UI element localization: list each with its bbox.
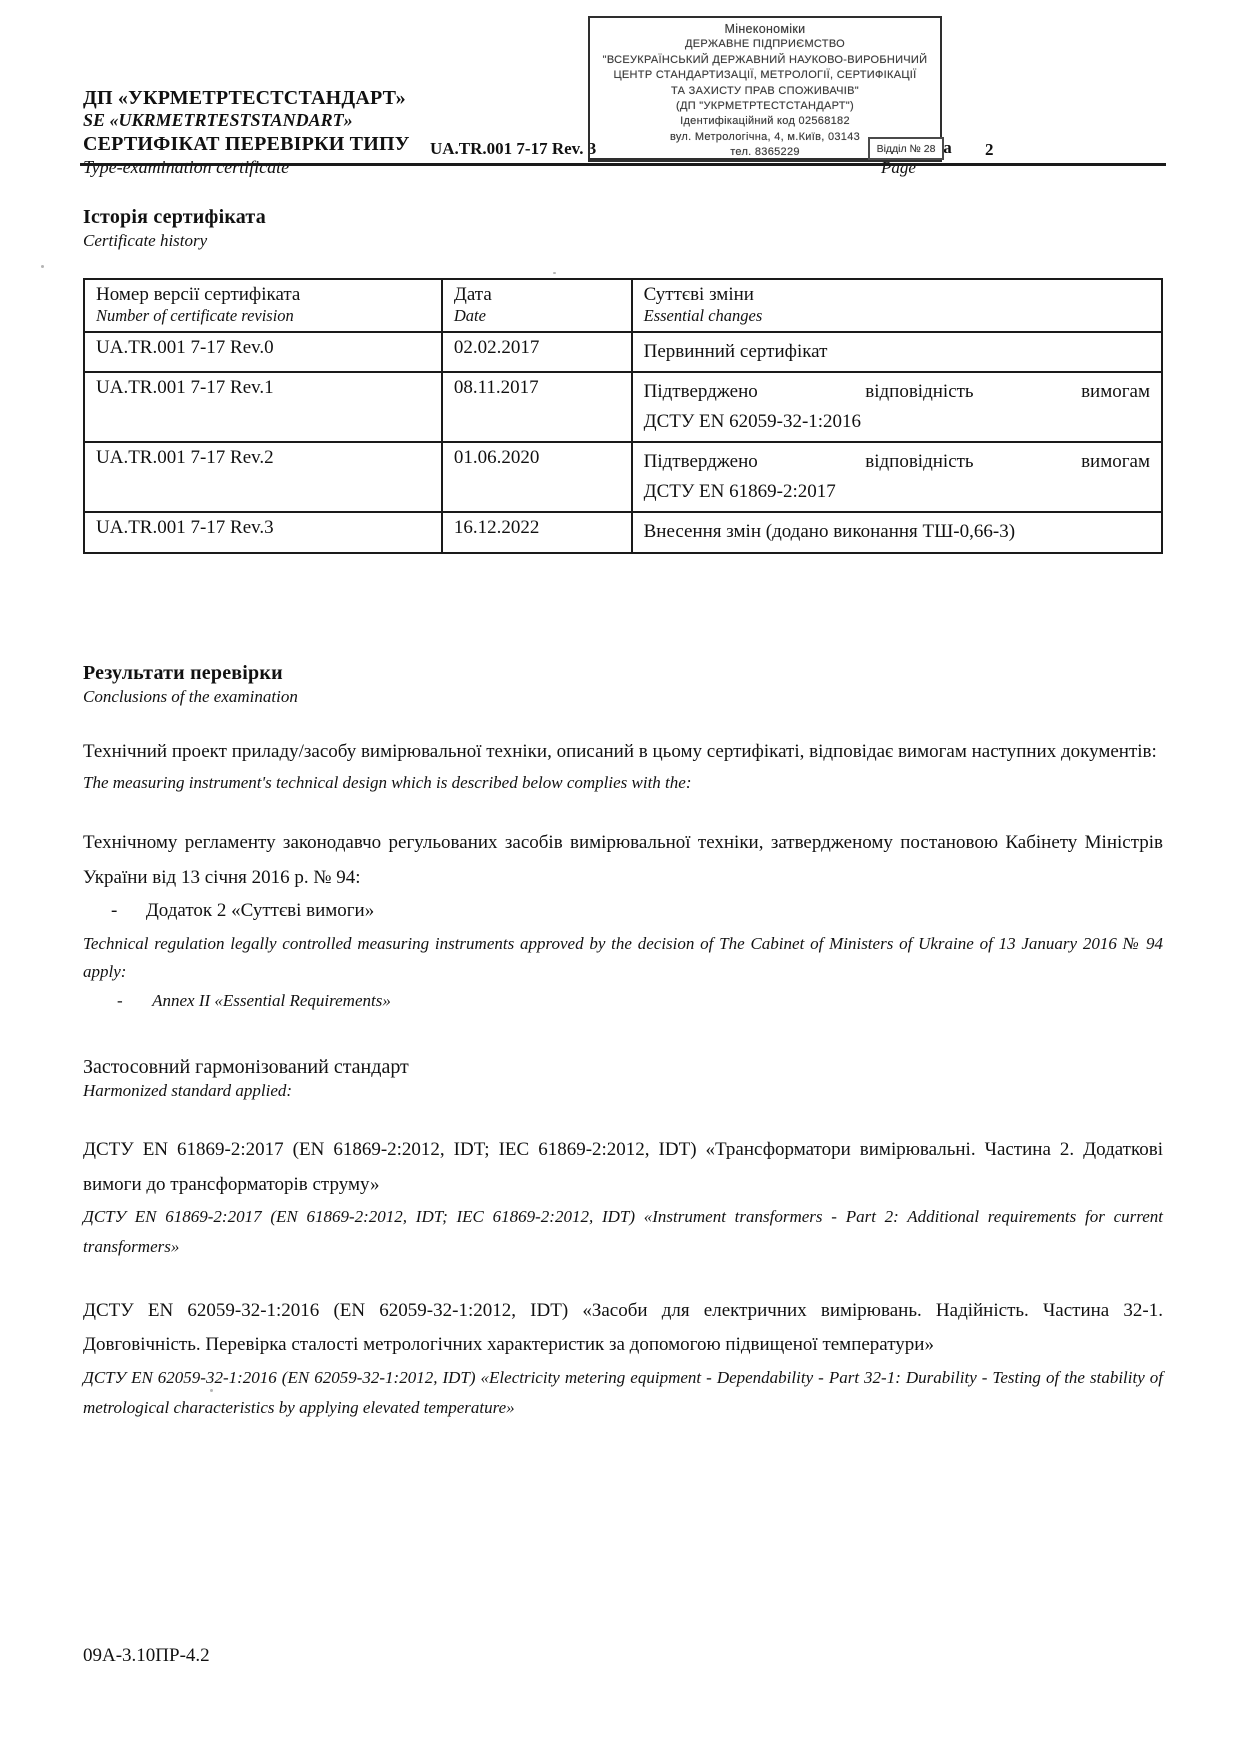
changes-cell: Внесення змін (додано виконання ТШ-0,66-…	[632, 512, 1162, 552]
date-cell: 01.06.2020	[442, 442, 632, 512]
table-row: UA.TR.001 7-17 Rev.2 01.06.2020 Підтверд…	[84, 442, 1162, 512]
changes-cell: Підтверджено відповідність вимогам ДСТУ …	[632, 442, 1162, 512]
changes-text: Підтверджено відповідність вимогам	[644, 447, 1150, 476]
date-cell: 02.02.2017	[442, 332, 632, 372]
scan-speck	[553, 272, 556, 274]
column-header-date-ua: Дата	[454, 284, 620, 306]
standard1-ua: ДСТУ EN 61869-2:2017 (EN 61869-2:2012, I…	[83, 1133, 1163, 1202]
issuer-name-ua: ДП «УКРМЕТРТЕСТСТАНДАРТ»	[83, 86, 410, 110]
stamp-line: Мінекономіки	[590, 22, 940, 37]
standard1-en: ДСТУ EN 61869-2:2017 (EN 61869-2:2012, I…	[83, 1202, 1163, 1262]
date-cell: 08.11.2017	[442, 372, 632, 442]
revision-cell: UA.TR.001 7-17 Rev.1	[84, 372, 442, 442]
certificate-history-table: Номер версії сертифіката Number of certi…	[83, 278, 1163, 554]
table-row: UA.TR.001 7-17 Rev.1 08.11.2017 Підтверд…	[84, 372, 1162, 442]
history-title-ua: Історія сертифіката	[83, 206, 1163, 229]
column-header-revision: Номер версії сертифіката Number of certi…	[84, 279, 442, 332]
column-header-changes: Суттєві зміни Essential changes	[632, 279, 1162, 332]
date-cell: 16.12.2022	[442, 512, 632, 552]
changes-cell: Підтверджено відповідність вимогам ДСТУ …	[632, 372, 1162, 442]
stamp-line: (ДП "УКРМЕТРТЕСТСТАНДАРТ")	[590, 99, 940, 114]
revision-cell: UA.TR.001 7-17 Rev.3	[84, 512, 442, 552]
page-header: ДП «УКРМЕТРТЕСТСТАНДАРТ» SE «UKRMETRTEST…	[0, 0, 1240, 166]
stamp-line: Ідентифікаційний код 02568182	[590, 114, 940, 129]
revision-cell: UA.TR.001 7-17 Rev.2	[84, 442, 442, 512]
stamp-line: "ВСЕУКРАЇНСЬКИЙ ДЕРЖАВНИЙ НАУКОВО-ВИРОБН…	[590, 53, 940, 68]
conclusion-paragraph-en: The measuring instrument's technical des…	[83, 769, 1163, 798]
column-header-revision-ua: Номер версії сертифіката	[96, 284, 430, 306]
conclusions-title-en: Conclusions of the examination	[83, 687, 1163, 707]
changes-text: Підтверджено відповідність вимогам	[644, 377, 1150, 406]
certificate-number: UA.TR.001 7-17 Rev. 3	[430, 139, 596, 159]
column-header-changes-ua: Суттєві зміни	[644, 284, 1150, 306]
column-header-revision-en: Number of certificate revision	[96, 306, 430, 326]
standard2-en: ДСТУ EN 62059-32-1:2016 (EN 62059-32-1:2…	[83, 1363, 1163, 1423]
document-form-code: 09А-3.10ПР-4.2	[83, 1645, 210, 1667]
stamp-line: ДЕРЖАВНЕ ПІДПРИЄМСТВО	[590, 37, 940, 52]
document-title-ua: СЕРТИФІКАТ ПЕРЕВІРКИ ТИПУ	[83, 132, 410, 156]
table-row: UA.TR.001 7-17 Rev.0 02.02.2017 Первинни…	[84, 332, 1162, 372]
stamp-line: ЦЕНТР СТАНДАРТИЗАЦІЇ, МЕТРОЛОГІЇ, СЕРТИФ…	[590, 68, 940, 83]
department-number-stamp: Відділ № 28	[868, 137, 944, 160]
certificate-page: ДП «УКРМЕТРТЕСТСТАНДАРТ» SE «UKRMETRTEST…	[0, 0, 1240, 1753]
regulation-paragraph-en: Technical regulation legally controlled …	[83, 930, 1163, 988]
scan-speck	[41, 265, 44, 268]
table-header-row: Номер версії сертифіката Number of certi…	[84, 279, 1162, 332]
standard2-ua: ДСТУ EN 62059-32-1:2016 (EN 62059-32-1:2…	[83, 1294, 1163, 1363]
harmonized-standard-title-ua: Застосовний гармонізований стандарт	[83, 1056, 1163, 1079]
regulation-paragraph-ua: Технічному регламенту законодавчо регуль…	[83, 826, 1163, 895]
conclusion-paragraph-ua: Технічний проект приладу/засобу вимірюва…	[83, 735, 1163, 770]
page-number: 2	[985, 140, 994, 160]
regulation-annex-item-en: - Annex II «Essential Requirements»	[83, 987, 1163, 1016]
conclusions-section-title: Результати перевірки Conclusions of the …	[83, 662, 1163, 707]
changes-cell: Первинний сертифікат	[632, 332, 1162, 372]
table-row: UA.TR.001 7-17 Rev.3 16.12.2022 Внесення…	[84, 512, 1162, 552]
revision-cell: UA.TR.001 7-17 Rev.0	[84, 332, 442, 372]
regulation-annex-item-ua: - Додаток 2 «Суттєві вимоги»	[83, 895, 1163, 927]
changes-text: Первинний сертифікат	[644, 337, 1150, 366]
changes-text: ДСТУ EN 61869-2:2017	[644, 477, 1150, 506]
changes-text: Внесення змін (додано виконання ТШ-0,66-…	[644, 517, 1150, 546]
column-header-date: Дата Date	[442, 279, 632, 332]
changes-text: ДСТУ EN 62059-32-1:2016	[644, 407, 1150, 436]
issuer-name-en: SE «UKRMETRTESTSTANDART»	[83, 110, 410, 132]
page-content: Історія сертифіката Certificate history …	[83, 166, 1163, 1423]
stamp-line: ТА ЗАХИСТУ ПРАВ СПОЖИВАЧІВ"	[590, 84, 940, 99]
column-header-changes-en: Essential changes	[644, 306, 1150, 326]
history-section-title: Історія сертифіката Certificate history	[83, 206, 1163, 251]
harmonized-standard-title-en: Harmonized standard applied:	[83, 1081, 1163, 1101]
scan-speck	[210, 1389, 213, 1392]
history-title-en: Certificate history	[83, 231, 1163, 251]
conclusions-title-ua: Результати перевірки	[83, 662, 1163, 685]
column-header-date-en: Date	[454, 306, 620, 326]
